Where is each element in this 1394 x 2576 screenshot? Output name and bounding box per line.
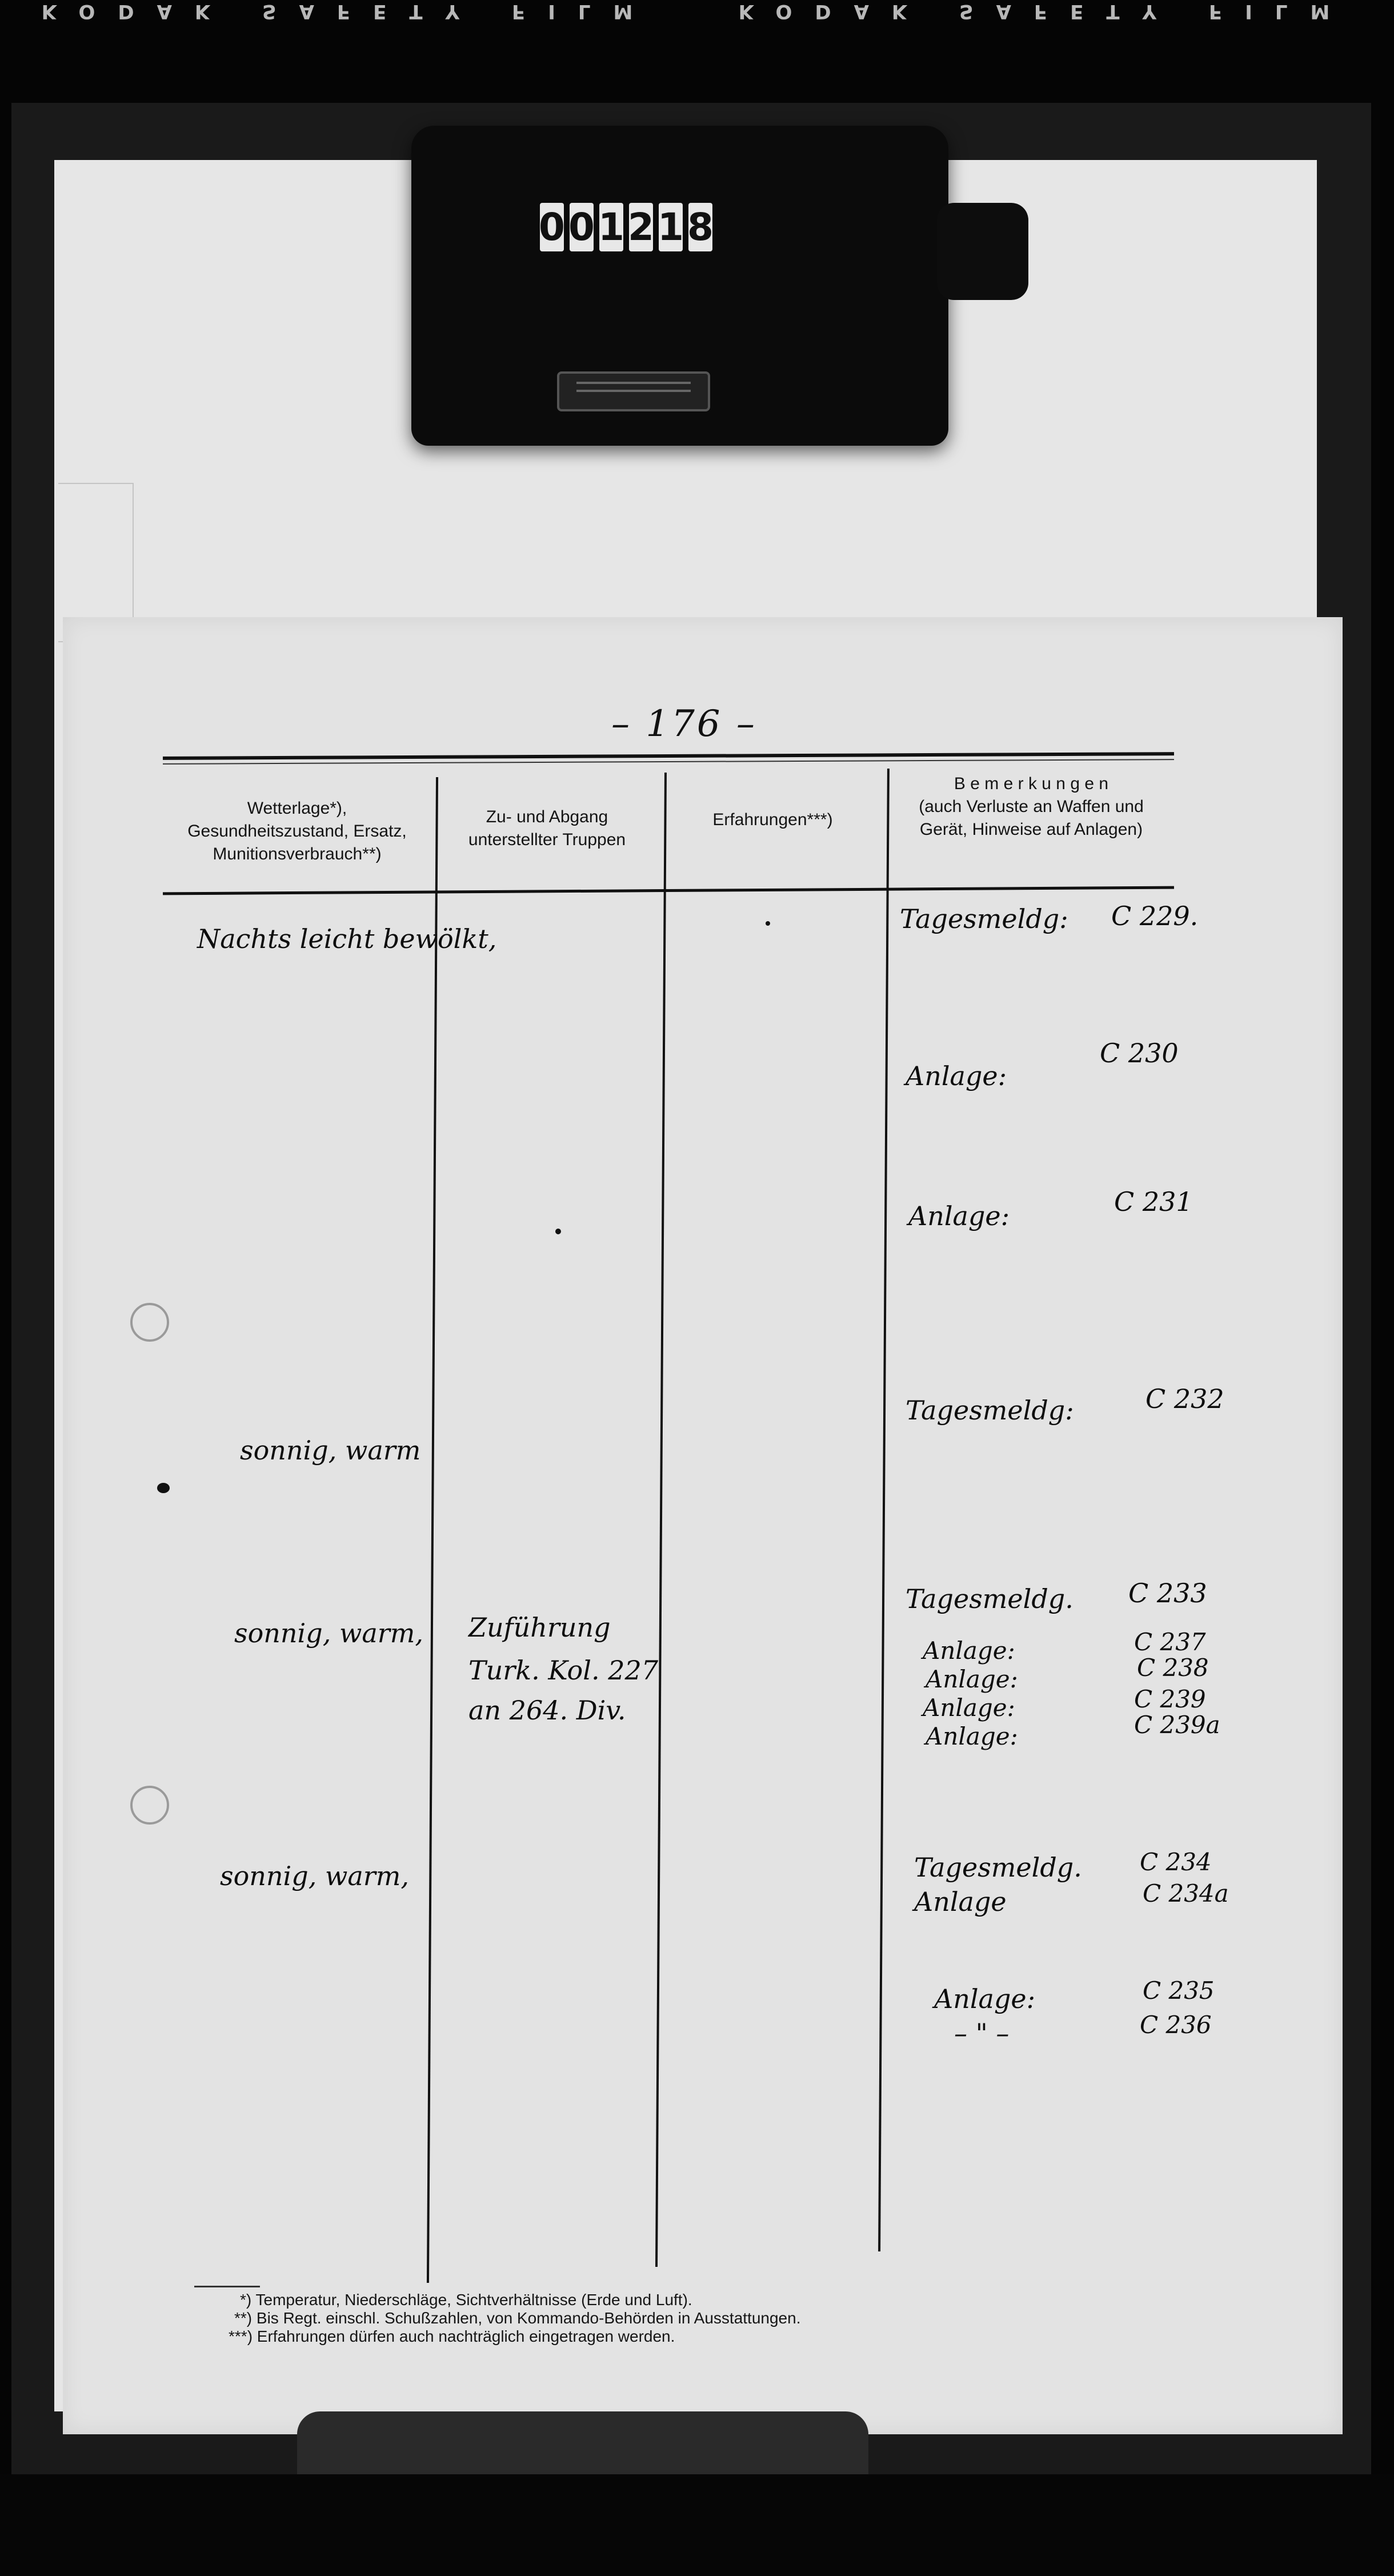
header-line: Erfahrungen***) (663, 809, 883, 831)
remark-ref: C 239 (1134, 1686, 1206, 1713)
remark-ref: C 232 (1145, 1383, 1224, 1415)
counter-digit: 0 (570, 203, 594, 251)
counter-digit: 2 (629, 203, 653, 251)
remark-ref: C 234 (1140, 1849, 1212, 1876)
header-line: unterstellter Truppen (434, 829, 660, 851)
column-header-erfahrungen: Erfahrungen***) (663, 809, 883, 831)
frame-counter-digits: 0 0 1 2 1 8 (540, 203, 712, 257)
entry-weather-1: Nachts leicht bewölkt, (197, 923, 496, 955)
footnote-mark: **) (234, 2309, 252, 2327)
remark-ref: C 237 (1134, 1629, 1206, 1656)
entry-weather-5: sonnig, warm, (234, 1617, 423, 1649)
film-bottom-edge (0, 2474, 1394, 2576)
remark-label: Tagesmeldg. (906, 1583, 1073, 1615)
punch-hole-mark (130, 1786, 169, 1825)
punch-hole-mark (130, 1303, 169, 1342)
clip-shadow (297, 2411, 868, 2474)
header-line: Gerät, Hinweise auf Anlagen) (886, 818, 1177, 841)
counter-digit: 0 (540, 203, 564, 251)
counter-digit: 1 (659, 203, 683, 251)
entry-weather-4: sonnig, warm (240, 1434, 420, 1466)
header-line: Munitionsverbrauch**) (163, 843, 431, 866)
frame-counter-knob (937, 203, 1028, 300)
footnote-mark: *) (240, 2291, 251, 2309)
remark-label: Anlage: (906, 1060, 1007, 1092)
remark-label: Tagesmeldg: (906, 1394, 1074, 1426)
entry-troops-line: Zuführung (468, 1611, 611, 1643)
film-edge-text-repeat: KODAK SAFETY FILM (739, 0, 1353, 23)
header-line: Zu- und Abgang (434, 806, 660, 829)
remark-label: Anlage: (923, 1694, 1015, 1722)
remark-ref: C 234a (1143, 1880, 1229, 1907)
entry-troops-line: Turk. Kol. 227 (468, 1654, 658, 1686)
remark-label: Anlage (914, 1886, 1007, 1918)
entry-weather-6: sonnig, warm, (220, 1860, 409, 1892)
entry-troops-line: an 264. Div. (468, 1694, 626, 1726)
footnote-rule (194, 2286, 260, 2287)
header-line: B e m e r k u n g e n (886, 773, 1177, 795)
ink-speck (157, 1483, 170, 1493)
header-line: Wetterlage*), (163, 797, 431, 820)
counter-digit: 1 (599, 203, 623, 251)
remark-ref: C 230 (1100, 1037, 1179, 1069)
footnote-3: ***) Erfahrungen dürfen auch nachträglic… (229, 2327, 800, 2346)
remark-ref: C 233 (1128, 1577, 1207, 1609)
header-line: Gesundheitszustand, Ersatz, (163, 820, 431, 843)
footnote-2: **) Bis Regt. einschl. Schußzahlen, von … (229, 2309, 800, 2327)
page-number: – 176 – (611, 703, 757, 745)
remark-label: Tagesmeldg: (900, 903, 1068, 935)
column-header-bemerkungen: B e m e r k u n g e n (auch Verluste an … (886, 773, 1177, 841)
remark-ref: C 235 (1143, 1977, 1215, 2005)
footnote-1: *) Temperatur, Niederschläge, Sichtverhä… (229, 2291, 800, 2309)
footnote-mark: ***) (229, 2327, 253, 2345)
remark-label: Anlage: (923, 1637, 1015, 1665)
remark-ref: C 238 (1137, 1654, 1209, 1682)
remark-ref: C 231 (1114, 1186, 1193, 1218)
remark-label: Anlage: (926, 1723, 1018, 1750)
remark-label: Anlage: (934, 1983, 1035, 2015)
column-header-zu-abgang: Zu- und Abgang unterstellter Truppen (434, 806, 660, 851)
ink-speck (766, 921, 770, 926)
remark-label: Anlage: (926, 1666, 1018, 1693)
film-edge-marking: KODAK SAFETY FILM KODAK SAFETY FILM (0, 0, 1394, 23)
column-header-wetterlage: Wetterlage*), Gesundheitszustand, Ersatz… (163, 797, 431, 866)
footnotes: *) Temperatur, Niederschläge, Sichtverhä… (229, 2286, 800, 2346)
counter-digit: 8 (688, 203, 712, 251)
frame-counter-nameplate (557, 371, 710, 411)
remark-ref: C 236 (1140, 2011, 1212, 2039)
footnote-text: Bis Regt. einschl. Schußzahlen, von Komm… (257, 2309, 801, 2327)
remark-label: Anlage: (908, 1200, 1010, 1232)
remark-ref: C 229. (1111, 900, 1198, 932)
remark-ref: C 239a (1134, 1711, 1220, 1739)
remark-label: – " – (954, 2017, 1009, 2049)
film-edge-text: KODAK SAFETY FILM (42, 0, 656, 23)
footnote-text: Temperatur, Niederschläge, Sichtverhältn… (256, 2291, 692, 2309)
ink-speck (555, 1229, 561, 1234)
remark-label: Tagesmeldg. (914, 1851, 1082, 1883)
header-line: (auch Verluste an Waffen und (886, 795, 1177, 818)
footnote-text: Erfahrungen dürfen auch nachträglich ein… (257, 2327, 675, 2345)
